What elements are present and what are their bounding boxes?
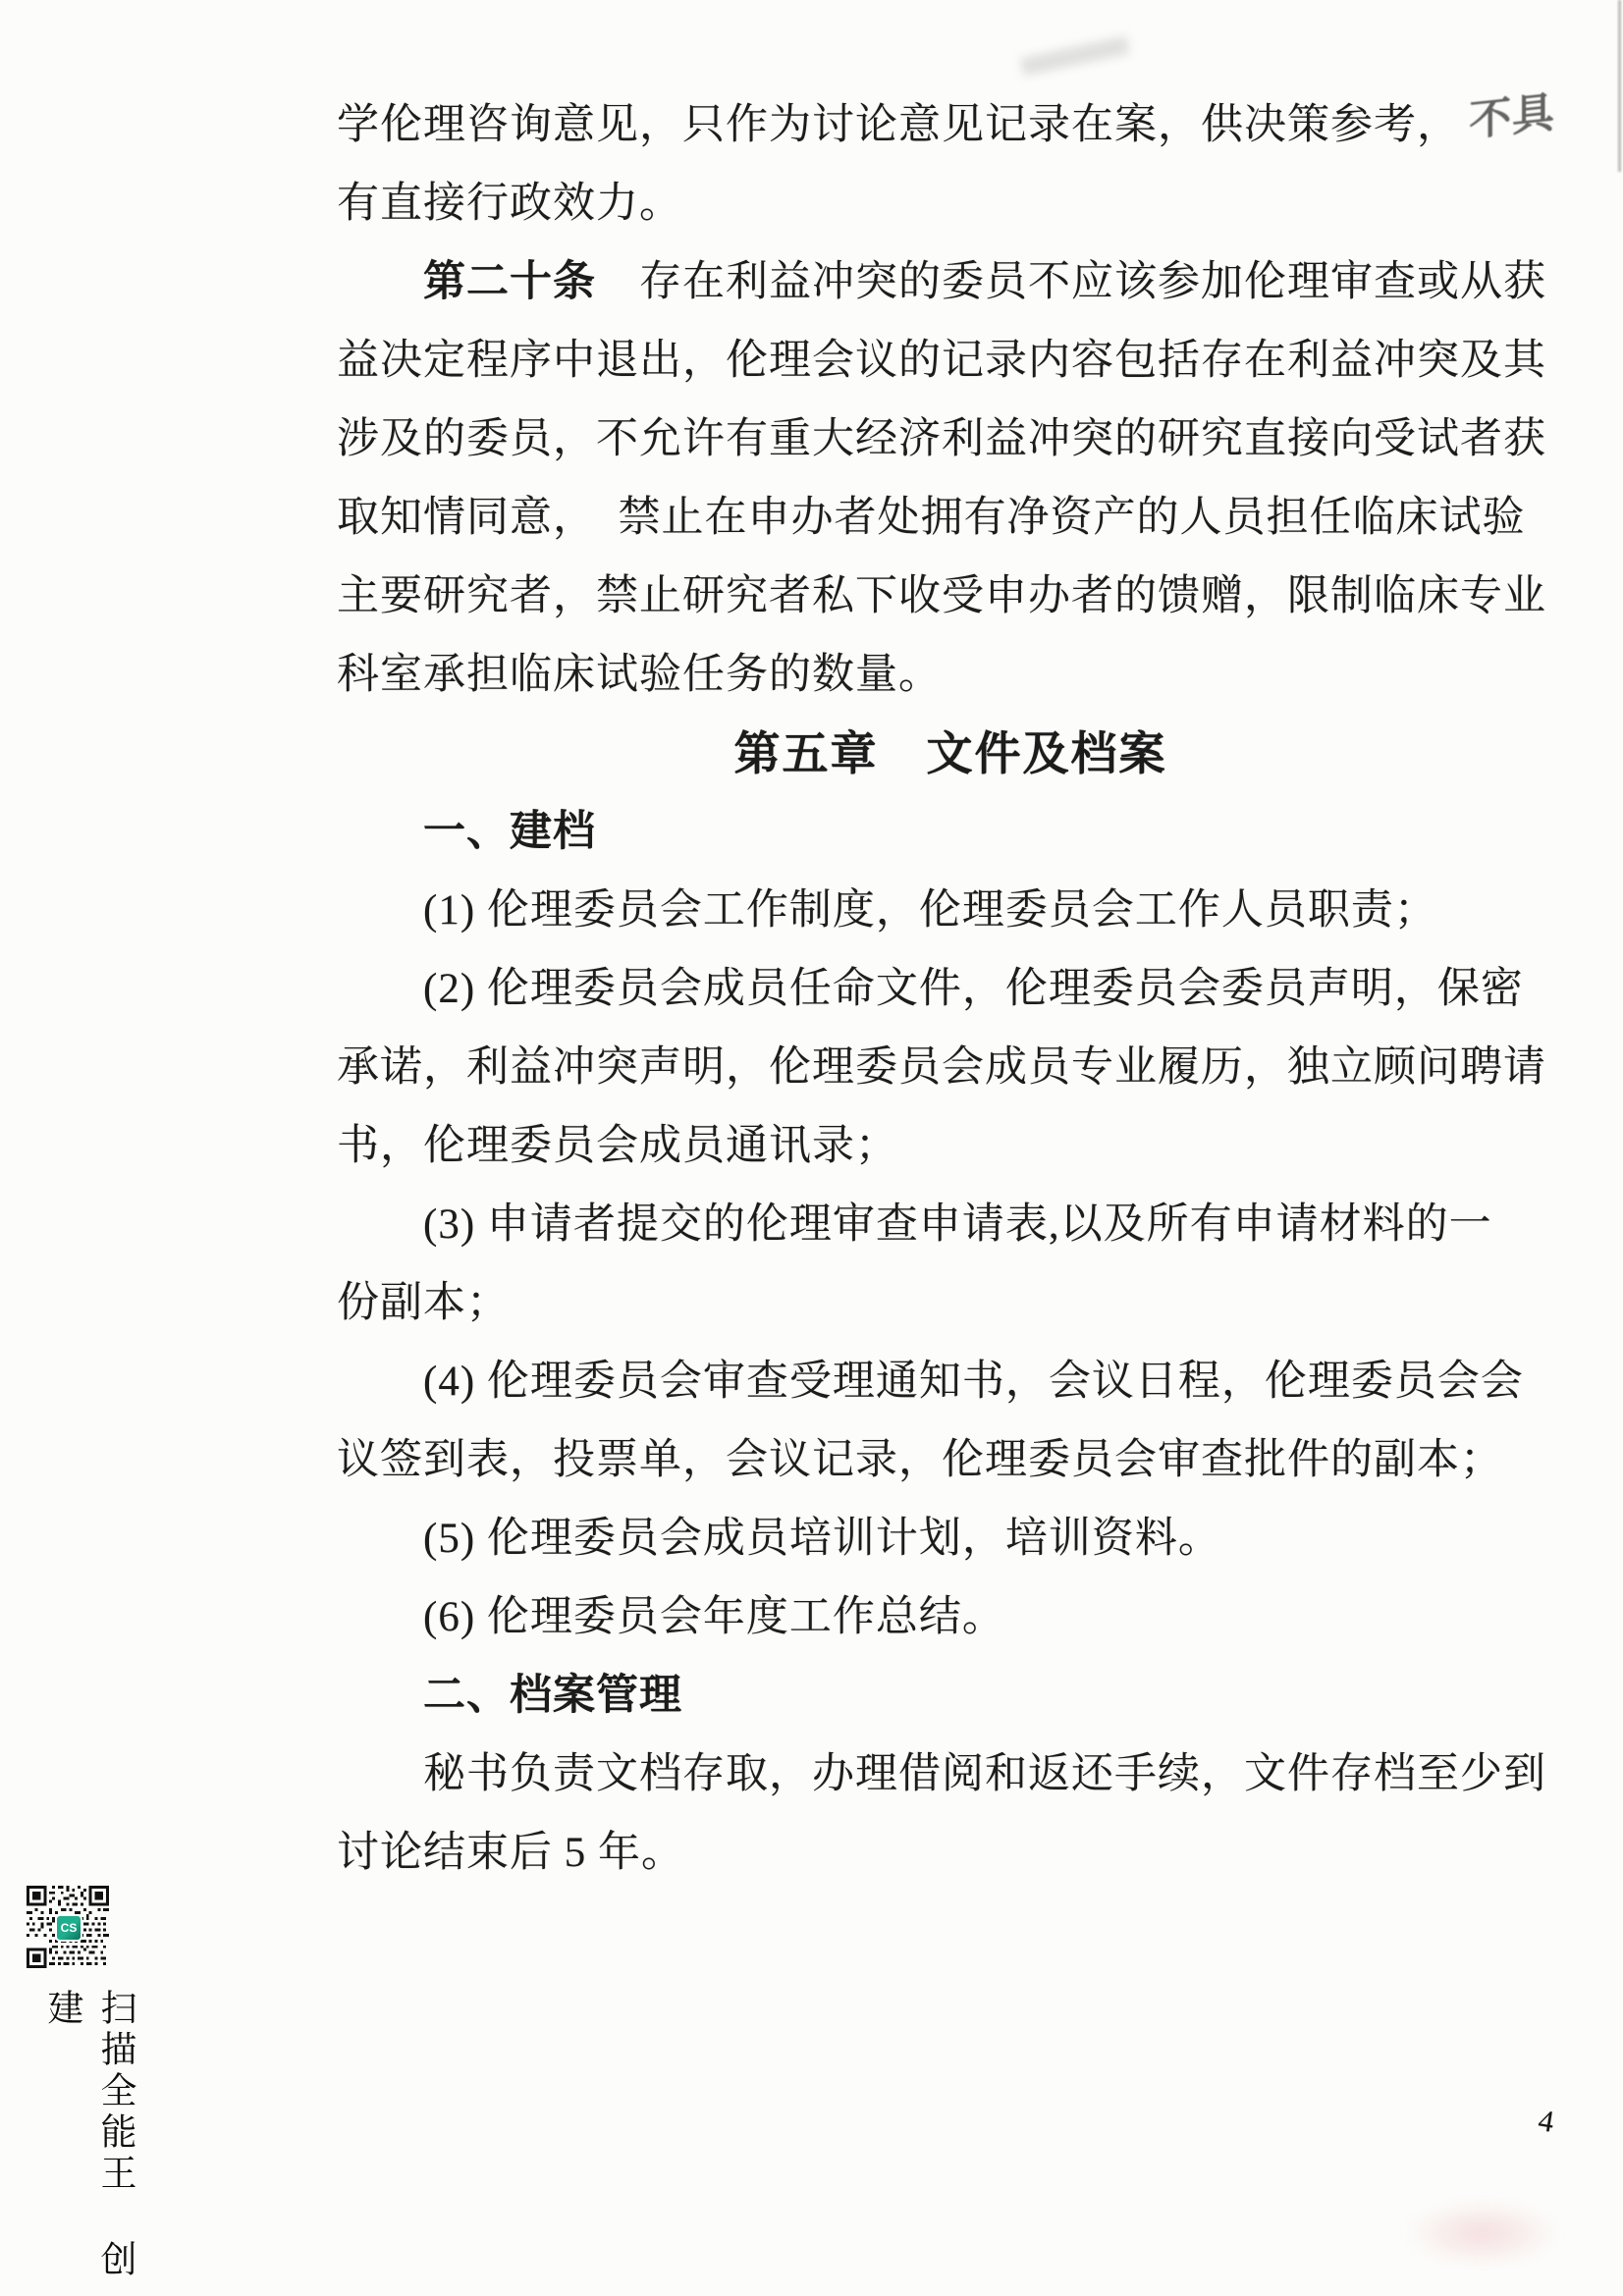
line-text: 科室承担临床试验任务的数量。: [337, 652, 942, 698]
line-text: (6) 伦理委员会年度工作总结。: [423, 1594, 1005, 1640]
line-text: 涉及的委员，不允许有重大经济利益冲突的研究直接向受试者获: [337, 416, 1546, 462]
text-line: 议签到表，投票单，会议记录，伦理委员会审查批件的副本；: [337, 1421, 1564, 1500]
text-line: (5) 伦理委员会成员培训计划，培训资料。: [337, 1500, 1564, 1578]
line-text: 份副本；: [337, 1280, 510, 1326]
scan-artifact-smudge: [1404, 2199, 1561, 2268]
line-text: 一、建档: [423, 809, 596, 855]
text-line: 取知情同意， 禁止在申办者处拥有净资产的人员担任临床试验: [337, 479, 1564, 558]
text-line: 益决定程序中退出，伦理会议的记录内容包括存在利益冲突及其: [337, 322, 1564, 400]
page-number: 4: [1536, 2103, 1556, 2140]
text-line: (2) 伦理委员会成员任命文件，伦理委员会委员声明，保密: [337, 950, 1564, 1029]
text-line: 科室承担临床试验任务的数量。: [337, 636, 1564, 715]
text-line: 一、建档: [337, 793, 1564, 872]
line-text: 议签到表，投票单，会议记录，伦理委员会审查批件的副本；: [337, 1437, 1503, 1483]
scan-artifact-streak: [1020, 36, 1129, 76]
text-line: 第二十条 存在利益冲突的委员不应该参加伦理审查或从获: [337, 243, 1564, 322]
text-line: 涉及的委员，不允许有重大经济利益冲突的研究直接向受试者获: [337, 400, 1564, 479]
line-text: 存在利益冲突的委员不应该参加伦理审查或从获: [596, 259, 1546, 305]
text-line: 第五章 文件及档案: [337, 715, 1564, 793]
text-line: (1) 伦理委员会工作制度，伦理委员会工作人员职责；: [337, 872, 1564, 950]
document-body: 学伦理咨询意见，只作为讨论意见记录在案，供决策参考，不具有直接行政效力。第二十条…: [337, 86, 1564, 1893]
camscanner-logo-badge: CS: [55, 1914, 82, 1942]
line-text: (2) 伦理委员会成员任命文件，伦理委员会委员声明，保密: [423, 966, 1524, 1012]
line-text: (5) 伦理委员会成员培训计划，培训资料。: [423, 1516, 1221, 1562]
line-text: 二、档案管理: [423, 1673, 682, 1719]
line-text: 秘书负责文档存取，办理借阅和返还手续，文件存档至少到: [423, 1751, 1546, 1797]
text-line: 书，伦理委员会成员通讯录；: [337, 1107, 1564, 1186]
text-line: 学伦理咨询意见，只作为讨论意见记录在案，供决策参考，不具: [337, 86, 1564, 165]
camscanner-watermark-text: 扫描全能王 创建: [35, 1989, 141, 2293]
bold-lead-text: 第二十条: [423, 259, 596, 305]
faded-tail-text: 不具: [1469, 74, 1555, 162]
text-line: 主要研究者，禁止研究者私下收受申办者的馈赠，限制临床专业: [337, 558, 1564, 636]
line-text: (1) 伦理委员会工作制度，伦理委员会工作人员职责；: [423, 887, 1437, 934]
text-line: 承诺，利益冲突声明，伦理委员会成员专业履历，独立顾问聘请: [337, 1029, 1564, 1107]
text-line: 份副本；: [337, 1264, 1564, 1343]
text-line: 讨论结束后 5 年。: [337, 1814, 1564, 1893]
scanned-document-page: 学伦理咨询意见，只作为讨论意见记录在案，供决策参考，不具有直接行政效力。第二十条…: [0, 0, 1623, 2296]
line-text: 主要研究者，禁止研究者私下收受申办者的馈赠，限制临床专业: [337, 573, 1546, 619]
text-line: 秘书负责文档存取，办理借阅和返还手续，文件存档至少到: [337, 1735, 1564, 1814]
line-text: 取知情同意， 禁止在申办者处拥有净资产的人员担任临床试验: [337, 495, 1526, 541]
line-text: 益决定程序中退出，伦理会议的记录内容包括存在利益冲突及其: [337, 338, 1546, 384]
line-text: 书，伦理委员会成员通讯录；: [337, 1123, 898, 1169]
text-line: (3) 申请者提交的伦理审查申请表,以及所有申请材料的一: [337, 1186, 1564, 1264]
line-text: 学伦理咨询意见，只作为讨论意见记录在案，供决策参考，: [337, 102, 1460, 148]
line-text: 第五章 文件及档案: [734, 727, 1167, 779]
text-line: (4) 伦理委员会审查受理通知书，会议日程，伦理委员会会: [337, 1343, 1564, 1421]
text-line: 有直接行政效力。: [337, 165, 1564, 243]
text-line: 二、档案管理: [337, 1657, 1564, 1735]
text-line: (6) 伦理委员会年度工作总结。: [337, 1578, 1564, 1657]
line-text: 讨论结束后 5 年。: [337, 1830, 684, 1876]
scan-artifact-edge: [1618, 0, 1621, 172]
camscanner-qr-code: CS: [27, 1886, 109, 1968]
line-text: 承诺，利益冲突声明，伦理委员会成员专业履历，独立顾问聘请: [337, 1044, 1546, 1091]
line-text: 有直接行政效力。: [337, 181, 682, 227]
line-text: (3) 申请者提交的伦理审查申请表,以及所有申请材料的一: [423, 1201, 1492, 1248]
line-text: (4) 伦理委员会审查受理通知书，会议日程，伦理委员会会: [423, 1359, 1524, 1405]
